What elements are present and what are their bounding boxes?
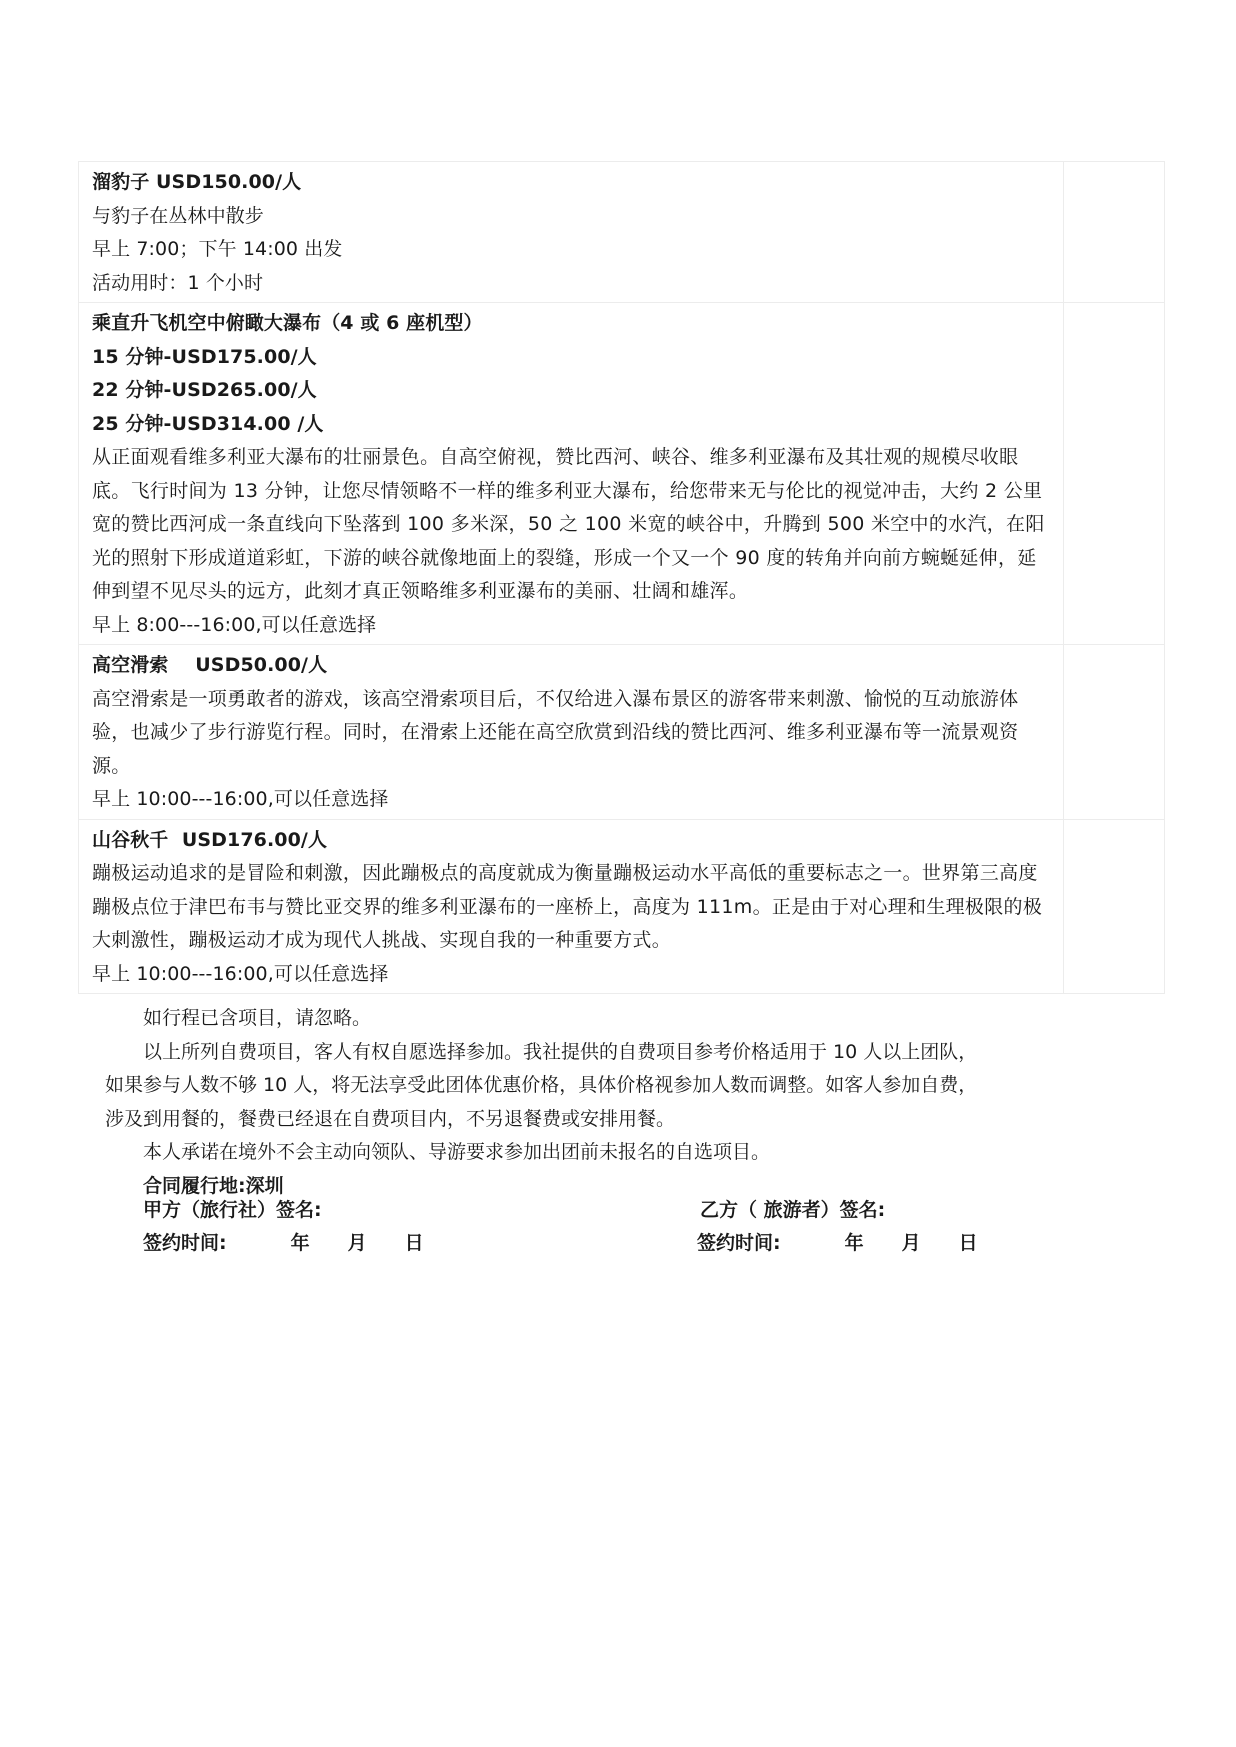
activity-description: 蹦极运动追求的是冒险和刺激，因此蹦极点的高度就成为衡量蹦极运动水平高低的重要标志… [92,857,1055,958]
activity-cell: 乘直升飞机空中俯瞰大瀑布（4 或 6 座机型） 15 分钟-USD175.00/… [79,303,1064,645]
activity-title: 山谷秋千 USD176.00/人 [92,824,1055,858]
empty-cell [1064,645,1165,820]
notes-section: 如行程已含项目，请忽略。 以上所列自费项目，客人有权自愿选择参加。我社提供的自费… [124,1002,1084,1203]
month-label: 月 [902,1232,921,1254]
activity-cell: 山谷秋千 USD176.00/人 蹦极运动追求的是冒险和刺激，因此蹦极点的高度就… [79,819,1064,994]
party-b-signature: 乙方（ 旅游者）签名: [700,1194,885,1227]
month-label: 月 [348,1232,367,1254]
party-a-label: 甲方（旅行社）签名: [143,1199,322,1221]
activity-title: 乘直升飞机空中俯瞰大瀑布（4 或 6 座机型） [92,307,1055,341]
date-label: 签约时间: [143,1232,227,1254]
activity-cell: 高空滑索 USD50.00/人 高空滑索是一项勇敢者的游戏，该高空滑索项目后，不… [79,645,1064,820]
activity-title: 溜豹子 USD150.00/人 [92,166,1055,200]
party-b-label: 乙方（ 旅游者）签名: [700,1199,885,1221]
note-line: 如果参与人数不够 10 人，将无法享受此团体优惠价格，具体价格视参加人数而调整。… [105,1069,1065,1103]
party-b-date: 签约时间:年月日 [697,1227,978,1260]
note-line: 本人承诺在境外不会主动向领队、导游要求参加出团前未报名的自选项目。 [124,1136,1084,1170]
empty-cell [1064,303,1165,645]
activity-line: 与豹子在丛林中散步 [92,200,1055,234]
activity-title: 高空滑索 USD50.00/人 [92,649,1055,683]
activity-line: 活动用时：1 个小时 [92,267,1055,301]
table-row: 乘直升飞机空中俯瞰大瀑布（4 或 6 座机型） 15 分钟-USD175.00/… [79,303,1165,645]
table-row: 高空滑索 USD50.00/人 高空滑索是一项勇敢者的游戏，该高空滑索项目后，不… [79,645,1165,820]
date-label: 签约时间: [697,1232,781,1254]
party-a-date: 签约时间:年月日 [143,1227,424,1260]
document-page: 溜豹子 USD150.00/人 与豹子在丛林中散步 早上 7:00；下午 14:… [0,0,1236,1747]
table-row: 山谷秋千 USD176.00/人 蹦极运动追求的是冒险和刺激，因此蹦极点的高度就… [79,819,1165,994]
activity-price: 22 分钟-USD265.00/人 [92,374,1055,408]
activity-price: 25 分钟-USD314.00 /人 [92,408,1055,442]
activity-cell: 溜豹子 USD150.00/人 与豹子在丛林中散步 早上 7:00；下午 14:… [79,162,1064,303]
party-a-signature: 甲方（旅行社）签名: [143,1194,322,1227]
activity-time: 早上 10:00---16:00,可以任意选择 [92,783,1055,817]
note-line: 以上所列自费项目，客人有权自愿选择参加。我社提供的自费项目参考价格适用于 10 … [124,1036,1084,1070]
activity-price: 15 分钟-USD175.00/人 [92,341,1055,375]
table-row: 溜豹子 USD150.00/人 与豹子在丛林中散步 早上 7:00；下午 14:… [79,162,1165,303]
activity-description: 从正面观看维多利亚大瀑布的壮丽景色。自高空俯视，赞比西河、峡谷、维多利亚瀑布及其… [92,441,1055,609]
note-line: 如行程已含项目，请忽略。 [124,1002,1084,1036]
optional-activities-table: 溜豹子 USD150.00/人 与豹子在丛林中散步 早上 7:00；下午 14:… [78,161,1165,994]
activity-time: 早上 8:00---16:00,可以任意选择 [92,609,1055,643]
year-label: 年 [845,1232,864,1254]
empty-cell [1064,819,1165,994]
activity-line: 早上 7:00；下午 14:00 出发 [92,233,1055,267]
note-line: 涉及到用餐的，餐费已经退在自费项目内，不另退餐费或安排用餐。 [105,1103,1065,1137]
day-label: 日 [405,1232,424,1254]
day-label: 日 [959,1232,978,1254]
year-label: 年 [291,1232,310,1254]
empty-cell [1064,162,1165,303]
activity-time: 早上 10:00---16:00,可以任意选择 [92,958,1055,992]
activity-description: 高空滑索是一项勇敢者的游戏，该高空滑索项目后，不仅给进入瀑布景区的游客带来刺激、… [92,683,1055,784]
